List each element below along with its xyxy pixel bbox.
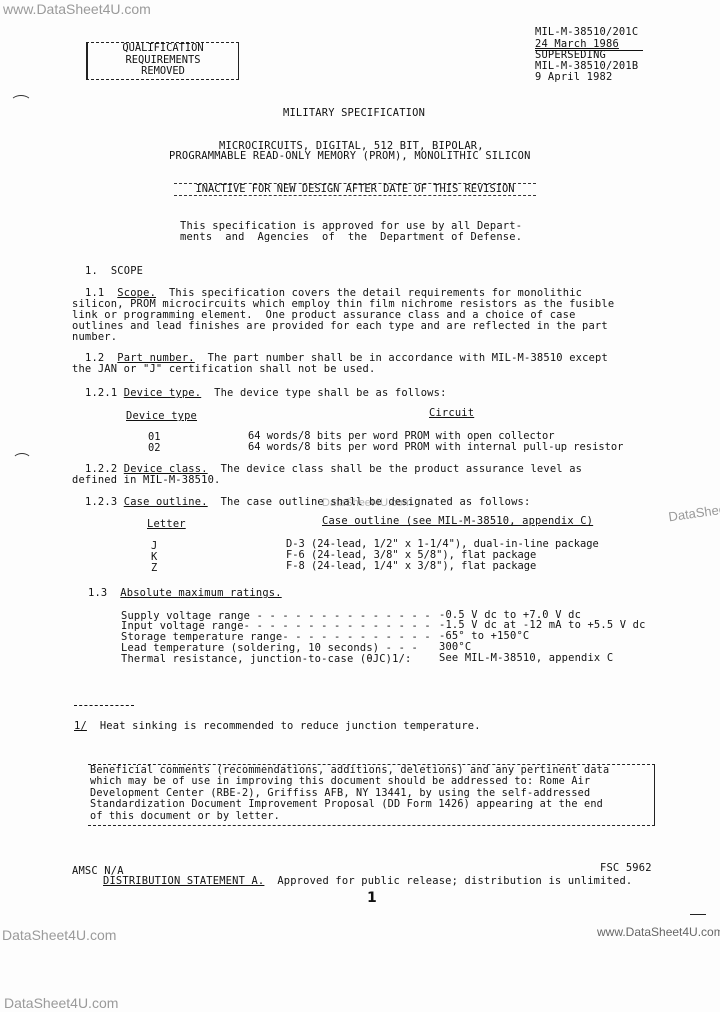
comment-box: Beneficial comments (recommendations, ad…: [88, 764, 655, 826]
paragraph-line: The case outline shall be designated as …: [208, 496, 531, 508]
scan-mark: [690, 914, 706, 915]
title-line-2: PROGRAMMABLE READ-ONLY MEMORY (PROM), MO…: [169, 151, 531, 162]
circuit-value: 64 words/8 bits per word PROM with inter…: [248, 442, 623, 453]
section-number: 1.2.1: [85, 387, 117, 399]
distribution-statement: DISTRIBUTION STATEMENT A. Approved for p…: [103, 876, 632, 887]
footnote: 1/ Heat sinking is recommended to reduce…: [74, 721, 481, 732]
comment-line: Development Center (RBE-2), Griffiss AFB…: [88, 788, 654, 799]
scan-mark: [10, 95, 32, 111]
comment-line: of this document or by letter.: [88, 811, 654, 822]
approval-line-2: ments and Agencies of the Department of …: [180, 232, 522, 243]
stamp-line: REMOVED: [88, 66, 238, 78]
spec-heading: MILITARY SPECIFICATION: [283, 108, 425, 119]
section-number: 1.2.3: [85, 496, 117, 508]
distribution-text: Approved for public release; distributio…: [264, 875, 632, 887]
doc-number: MIL-M-38510/201C: [535, 27, 638, 38]
section-1-2-3: 1.2.3 Case outline. The case outline sha…: [85, 497, 530, 508]
paragraph-line: outlines and lead finishes are provided …: [72, 321, 608, 332]
fsc-label: FSC 5962: [600, 863, 652, 874]
device-type-value: 02: [148, 443, 161, 454]
col-header-device-type: Device type: [126, 411, 197, 422]
section-1-2-1: 1.2.1 Device type. The device type shall…: [85, 388, 447, 399]
rating-label: Thermal resistance, junction-to-case (θJ…: [121, 654, 412, 665]
comment-line: Beneficial comments (recommendations, ad…: [88, 765, 654, 776]
watermark-top-left: www.DataSheet4U.com: [3, 1, 151, 17]
inactive-notice: INACTIVE FOR NEW DESIGN AFTER DATE OF TH…: [174, 183, 536, 196]
stamp-line: QUALIFICATION: [88, 43, 238, 55]
paragraph-line: The device class shall be the product as…: [208, 463, 582, 475]
footnote-marker: 1/: [74, 720, 87, 732]
watermark-bottom-right: www.DataSheet4U.com: [597, 925, 720, 939]
comment-line: Standardization Document Improvement Pro…: [88, 799, 654, 810]
footnote-rule: [74, 705, 134, 706]
page-number: 1: [367, 890, 377, 906]
case-outline-value: F-8 (24-lead, 1/4" x 3/8"), flat package: [286, 561, 536, 572]
watermark-bottom-left-1: DataSheet4U.com: [2, 927, 116, 943]
section-1-3: 1.3 Absolute maximum ratings.: [88, 588, 282, 599]
qualification-stamp: QUALIFICATION REQUIREMENTS REMOVED: [86, 42, 239, 80]
col-header-letter: Letter: [147, 519, 186, 530]
distribution-label: DISTRIBUTION STATEMENT A.: [103, 875, 264, 887]
old-doc-date: 9 April 1982: [535, 72, 612, 83]
watermark-bottom-left-2: DataSheet4U.com: [4, 995, 118, 1011]
section-title: Case outline.: [124, 496, 208, 508]
case-letter: Z: [151, 563, 157, 574]
scan-mark: [12, 453, 32, 469]
col-header-circuit: Circuit: [429, 408, 474, 419]
rating-value: See MIL-M-38510, appendix C: [439, 653, 613, 664]
section-heading: 1. SCOPE: [85, 266, 143, 277]
watermark-middle-right: DataSheet4U.com: [667, 495, 720, 525]
comment-line: which may be of use in improving this do…: [88, 776, 654, 787]
col-header-case-outline: Case outline (see MIL-M-38510, appendix …: [322, 516, 593, 527]
section-title: Device type.: [124, 387, 201, 399]
paragraph-line: The device type shall be as follows:: [201, 387, 446, 399]
paragraph-line: defined in MIL-M-38510.: [72, 475, 220, 486]
section-title: Absolute maximum ratings.: [120, 587, 281, 599]
section-number: 1.3: [88, 587, 107, 599]
footnote-text: Heat sinking is recommended to reduce ju…: [87, 720, 481, 732]
paragraph-line: number.: [72, 332, 117, 343]
paragraph-line: the JAN or "J" certification shall not b…: [72, 364, 375, 375]
